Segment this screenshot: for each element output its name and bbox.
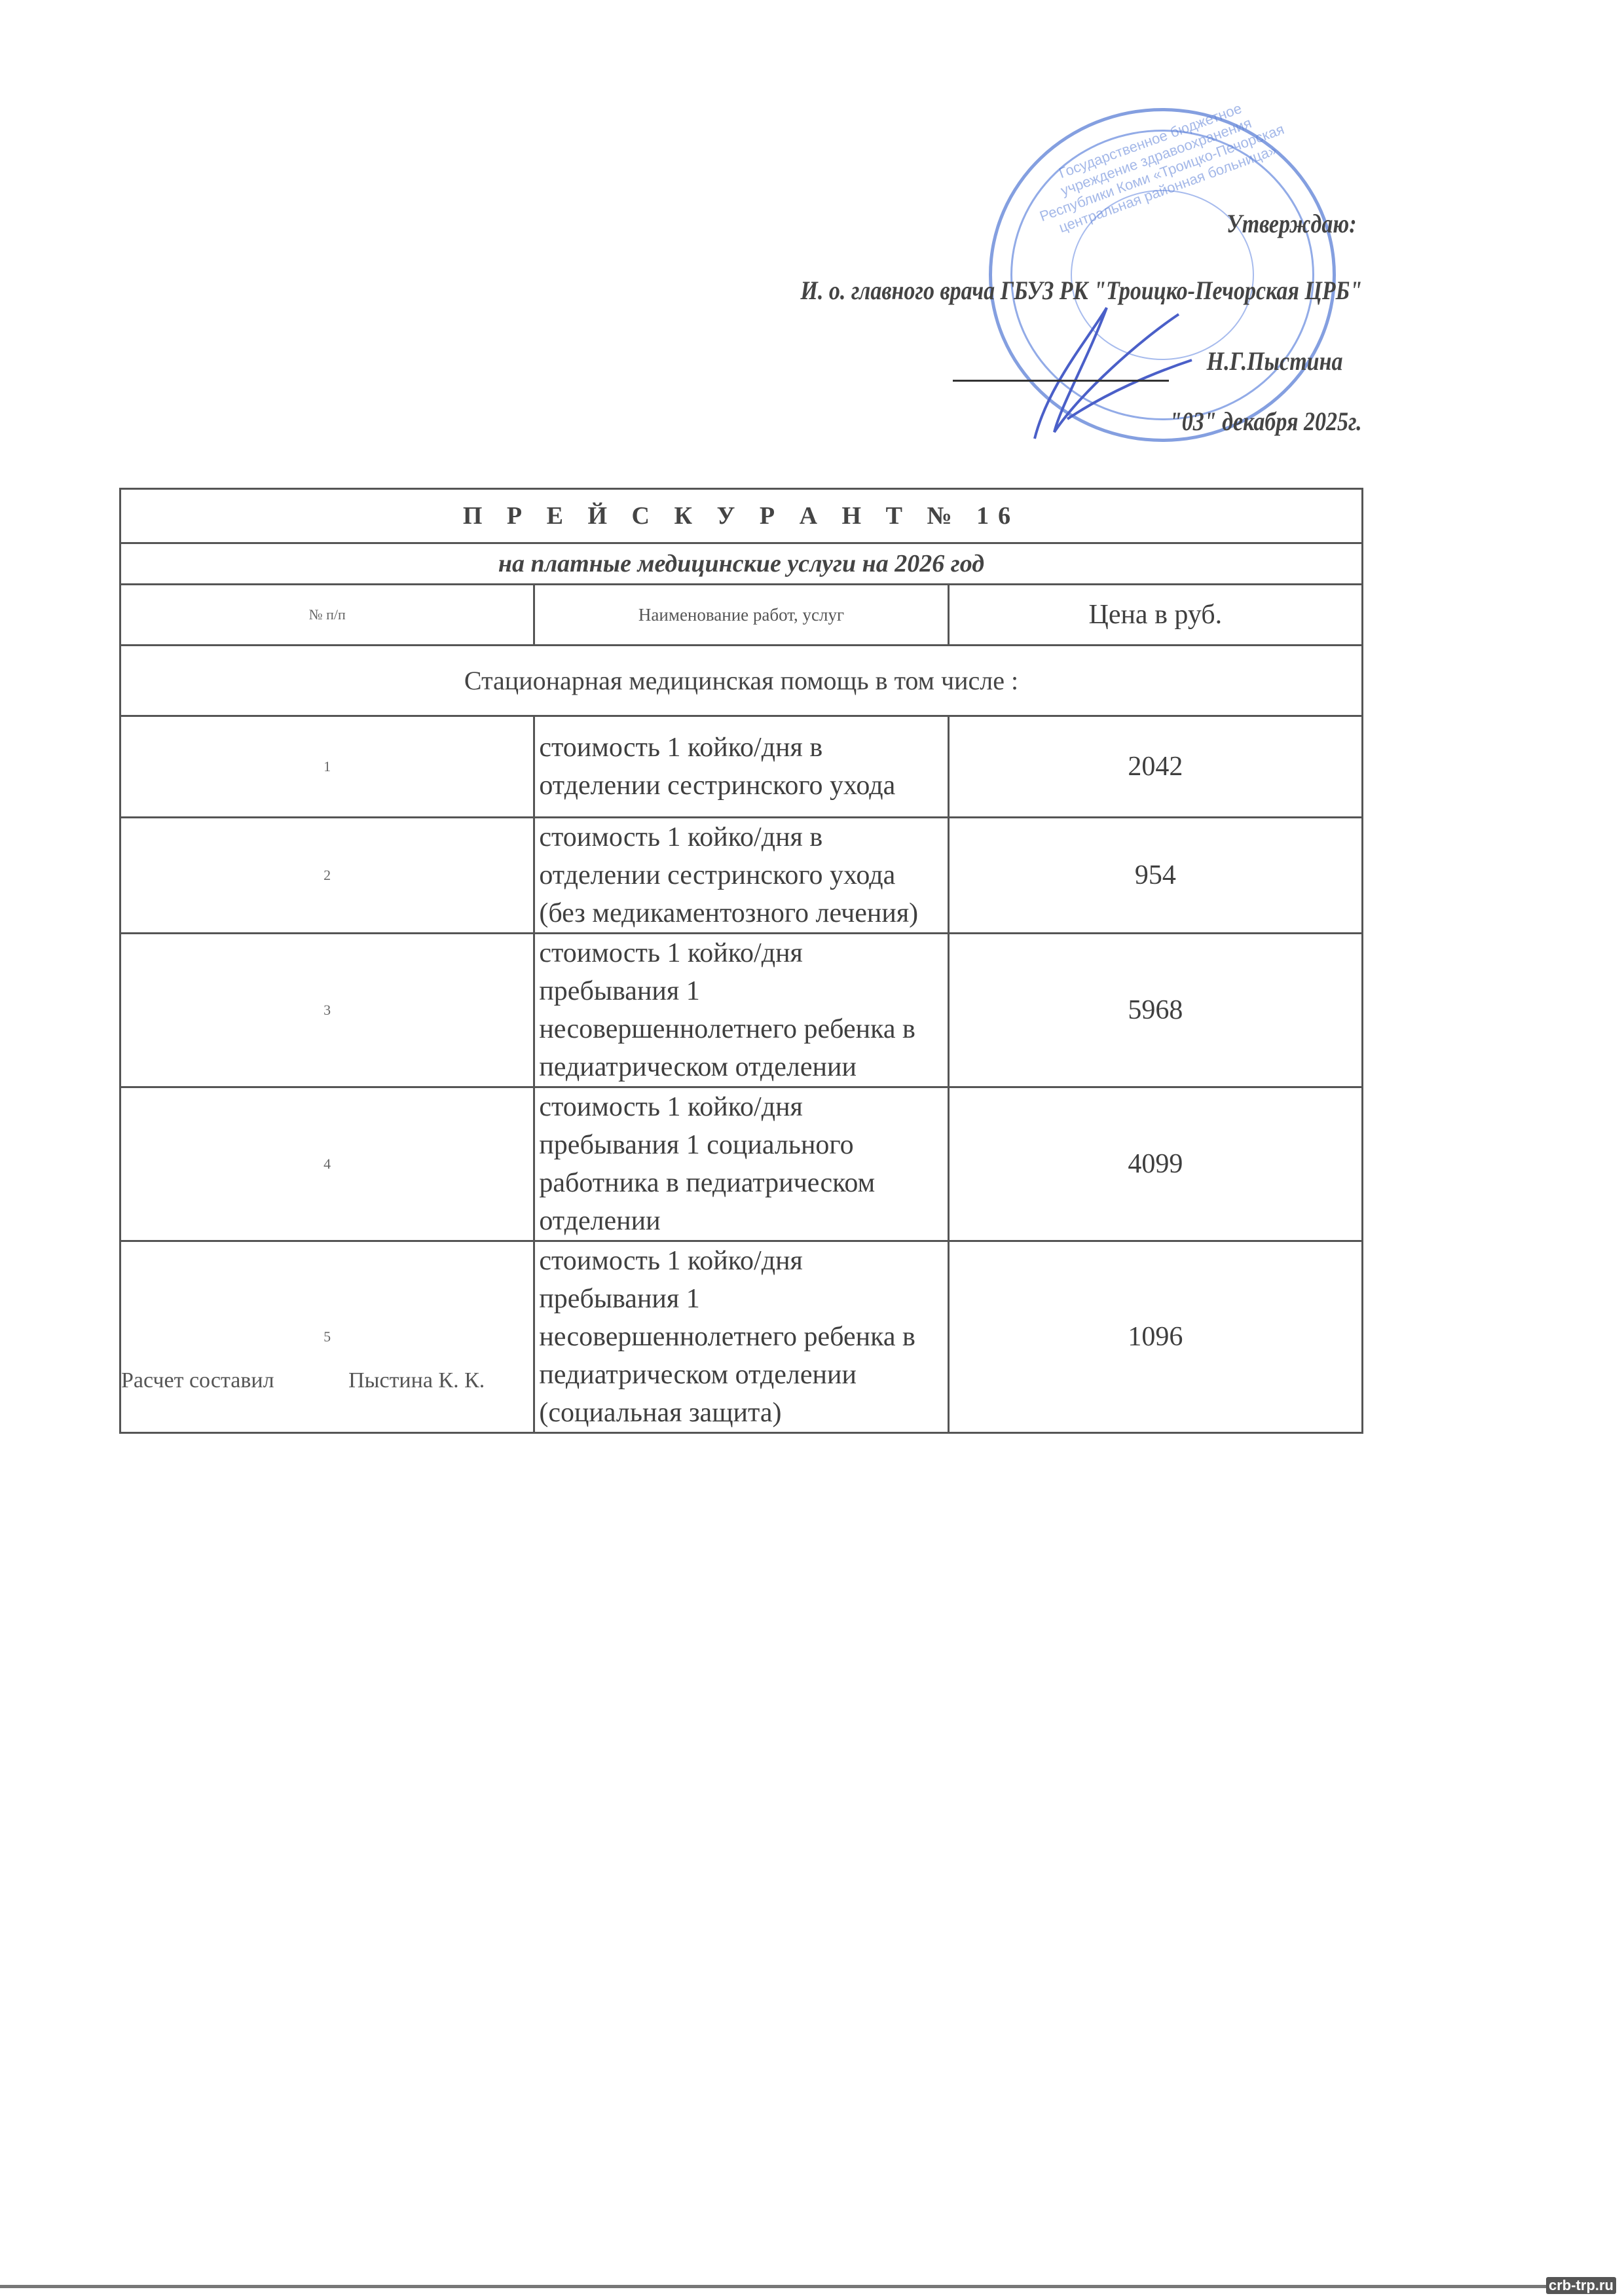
section-heading: Стационарная медицинская помощь в том чи… (120, 646, 1363, 716)
approval-date: "03" декабря 2025г. (1170, 406, 1362, 437)
approval-block: Государственное бюджетное учреждение здр… (0, 0, 1624, 458)
footer: Расчет составил Пыстина К. К. (121, 1368, 485, 1393)
signatory-name: Н.Г.Пыстина (1206, 346, 1342, 376)
table-row: 4 стоимость 1 койко/дня пребывания 1 соц… (120, 1087, 1363, 1241)
service-price: 1096 (948, 1241, 1362, 1433)
service-name: стоимость 1 койко/дня в отделении сестри… (534, 818, 948, 934)
service-name: стоимость 1 койко/дня пребывания 1 социа… (534, 1087, 948, 1241)
row-number: 4 (120, 1087, 534, 1241)
service-price: 4099 (948, 1087, 1362, 1241)
column-header-name: Наименование работ, услуг (534, 585, 948, 646)
table-row: 3 стоимость 1 койко/дня пребывания 1 нес… (120, 934, 1363, 1087)
service-price: 954 (948, 818, 1362, 934)
page-bottom-rule (0, 2285, 1572, 2288)
column-header-number: № п/п (120, 585, 534, 646)
approver-position: И. о. главного врача ГБУЗ РК "Троицко-Пе… (800, 275, 1362, 306)
site-watermark: crb-trp.ru (1546, 2277, 1616, 2294)
price-list-subtitle: на платные медицинские услуги на 2026 го… (120, 543, 1363, 585)
service-price: 5968 (948, 934, 1362, 1087)
service-name: стоимость 1 койко/дня пребывания 1 несов… (534, 1241, 948, 1433)
row-number: 1 (120, 716, 534, 818)
service-price: 2042 (948, 716, 1362, 818)
row-number: 3 (120, 934, 534, 1087)
service-name: стоимость 1 койко/дня пребывания 1 несов… (534, 934, 948, 1087)
service-name: стоимость 1 койко/дня в отделении сестри… (534, 716, 948, 818)
row-number: 5 (120, 1241, 534, 1433)
approve-label: Утверждаю: (1227, 208, 1357, 239)
signature-line (953, 380, 1169, 382)
table-row: 2 стоимость 1 койко/дня в отделении сест… (120, 818, 1363, 934)
column-header-price: Цена в руб. (948, 585, 1362, 646)
row-number: 2 (120, 818, 534, 934)
compiled-by-name: Пыстина К. К. (348, 1368, 485, 1393)
table-row: 1 стоимость 1 койко/дня в отделении сест… (120, 716, 1363, 818)
compiled-by-label: Расчет составил (121, 1368, 274, 1393)
price-list-table: П Р Е Й С К У Р А Н Т № 16 на платные ме… (119, 488, 1363, 1434)
table-header-row: № п/п Наименование работ, услуг Цена в р… (120, 585, 1363, 646)
table-row: 5 стоимость 1 койко/дня пребывания 1 нес… (120, 1241, 1363, 1433)
price-list-title: П Р Е Й С К У Р А Н Т № 16 (120, 489, 1363, 543)
